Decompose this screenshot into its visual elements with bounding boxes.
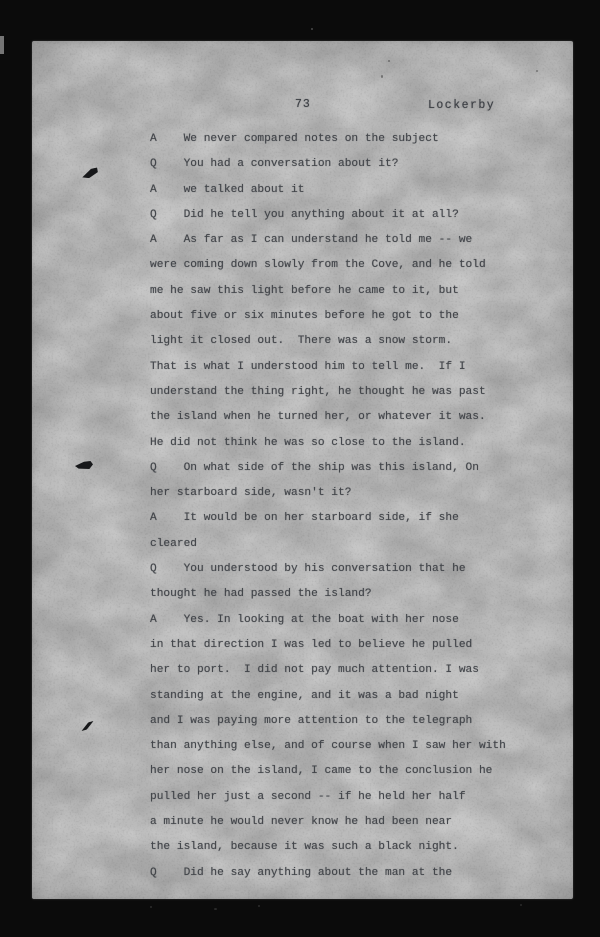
typewritten-line: A As far as I can understand he told me … — [150, 228, 555, 253]
scanned-document-view: 73 Lockerby A We never compared notes on… — [0, 0, 600, 937]
typewritten-line: thought he had passed the island? — [150, 582, 555, 607]
typewritten-line: A It would be on her starboard side, if … — [150, 506, 555, 531]
typewritten-line: her starboard side, wasn't it? — [150, 481, 555, 506]
typewritten-line: pulled her just a second -- if he held h… — [150, 785, 555, 810]
typewritten-line: A Yes. In looking at the boat with her n… — [150, 608, 555, 633]
scan-edge-artifact — [0, 36, 4, 54]
typewritten-line: A We never compared notes on the subject — [150, 127, 555, 152]
typewritten-line: and I was paying more attention to the t… — [150, 709, 555, 734]
typewritten-line: her to port. I did not pay much attentio… — [150, 658, 555, 683]
typewritten-line: the island, because it was such a black … — [150, 835, 555, 860]
typewritten-line: a minute he would never know he had been… — [150, 810, 555, 835]
typewritten-line: understand the thing right, he thought h… — [150, 380, 555, 405]
ink-mark-dash — [75, 461, 93, 469]
typewritten-line: Q You understood by his conversation tha… — [150, 557, 555, 582]
typewritten-line: Q Did he tell you anything about it at a… — [150, 203, 555, 228]
ink-mark-slash — [79, 720, 95, 732]
paper-speck — [536, 70, 538, 72]
typewritten-line: Q Did he say anything about the man at t… — [150, 861, 555, 886]
ink-mark-wedge — [82, 167, 99, 178]
dust-speck — [258, 905, 260, 907]
typewritten-line: light it closed out. There was a snow st… — [150, 329, 555, 354]
page-number: 73 — [295, 98, 311, 111]
typewritten-line: He did not think he was so close to the … — [150, 431, 555, 456]
dust-speck — [150, 906, 152, 908]
witness-name: Lockerby — [428, 99, 495, 112]
dust-speck — [214, 908, 217, 910]
typewritten-line: standing at the engine, and it was a bad… — [150, 684, 555, 709]
typewritten-line: than anything else, and of course when I… — [150, 734, 555, 759]
transcript-text: A We never compared notes on the subject… — [150, 127, 555, 886]
typewritten-line: the island when he turned her, or whatev… — [150, 405, 555, 430]
dust-speck — [311, 28, 313, 30]
document-page: 73 Lockerby A We never compared notes on… — [32, 41, 573, 899]
typewritten-line: me he saw this light before he came to i… — [150, 279, 555, 304]
typewritten-line: cleared — [150, 532, 555, 557]
typewritten-line: were coming down slowly from the Cove, a… — [150, 253, 555, 278]
typewritten-line: her nose on the island, I came to the co… — [150, 759, 555, 784]
typewritten-line: Q On what side of the ship was this isla… — [150, 456, 555, 481]
typewritten-line: That is what I understood him to tell me… — [150, 355, 555, 380]
dust-speck — [520, 904, 522, 906]
typewritten-line: about five or six minutes before he got … — [150, 304, 555, 329]
typewritten-line: in that direction I was led to believe h… — [150, 633, 555, 658]
typewritten-line: A we talked about it — [150, 178, 555, 203]
typewritten-line: Q You had a conversation about it? — [150, 152, 555, 177]
paper-speck — [381, 75, 383, 78]
paper-speck — [388, 60, 390, 62]
